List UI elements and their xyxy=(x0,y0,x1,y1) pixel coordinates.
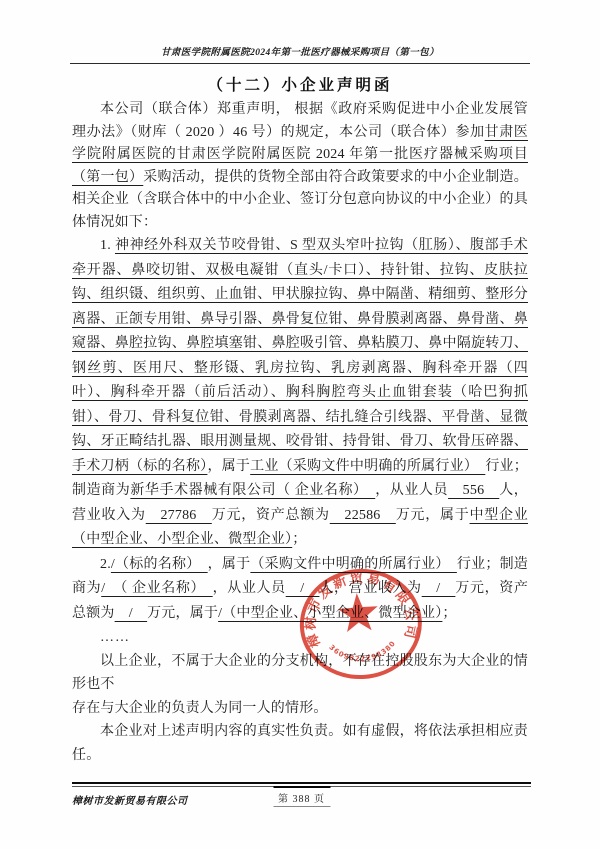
item-number: 2. xyxy=(100,557,111,572)
ellipsis-line: …… xyxy=(72,626,528,650)
footer-row: 樟树市发新贸易有限公司 第 388 页 xyxy=(72,787,531,811)
page-title: （十二）小企业声明函 xyxy=(0,73,600,95)
text-segment: ，属于 xyxy=(208,557,251,572)
revenue-underlined: 27786 xyxy=(146,508,212,523)
branch-clause-line-2: 存在与大企业的负责人为同一人的情形。 xyxy=(72,697,528,721)
text-segment: 万元，属于 xyxy=(147,606,218,621)
header-rule xyxy=(70,63,530,64)
document-page: 甘肃医学院附属医院2024年第一批医疗器械采购项目（第一包） （十二）小企业声明… xyxy=(0,0,600,849)
text-segment: 本公司（联合体）郑重声明， 根据《政府采购促进中小企业发展管理办法》（财库（ 2… xyxy=(72,102,528,140)
intro-paragraph: 本公司（联合体）郑重声明， 根据《政府采购促进中小企业发展管理办法》（财库（ 2… xyxy=(72,99,528,234)
text-segment: 万元，属于 xyxy=(396,508,470,523)
page-number: 第 388 页 xyxy=(273,786,330,807)
running-header-title: 甘肃医学院附属医院2024年第一批医疗器械采购项目（第一包） xyxy=(0,0,600,58)
item-2-paragraph: 2./（标的名称） ，属于（采购文件中明确的所属行业） 行业；制造商为/ （ 企… xyxy=(72,553,528,627)
text-segment: ； xyxy=(442,606,456,621)
text-segment: ，从业人员 xyxy=(375,483,448,498)
text-segment: ，从业人员 xyxy=(213,581,286,596)
responsibility-clause: 本企业对上述声明内容的真实性负责。如有虚假，将依法承担相应责任。 xyxy=(72,720,528,767)
branch-clause-line-1: 以上企业，不属于大企业的分支机构，不存在控股股东为大企业的情形也不 xyxy=(72,650,528,697)
enterprise-type-blank-underlined: /（中型企业、小型企业、微型企业） xyxy=(218,606,442,621)
page-footer: 樟树市发新贸易有限公司 第 388 页 xyxy=(72,782,531,811)
footer-company-name: 樟树市发新贸易有限公司 xyxy=(72,792,188,807)
text-segment: 万元，资产总额为 xyxy=(212,508,330,523)
item-1-paragraph: 1. 神神经外科双关节咬骨钳、S 型双头窄叶拉钩（肛肠）、腹部手术牵开器、鼻咬切… xyxy=(72,234,528,553)
document-body: 本公司（联合体）郑重声明， 根据《政府采购促进中小企业发展管理办法》（财库（ 2… xyxy=(72,99,528,767)
manufacturer-blank-underlined: / （ 企业名称） xyxy=(101,581,212,596)
employees-underlined: 556 xyxy=(448,483,499,498)
industry-underlined: 工业（采购文件中明确的所属行业） xyxy=(250,459,485,474)
assets-underlined: 22586 xyxy=(330,508,396,523)
text-segment: ； xyxy=(292,532,306,547)
revenue-blank-underlined: / xyxy=(422,581,456,596)
manufacturer-underlined: 新华手术器械有限公司（ 企业名称） xyxy=(130,483,375,498)
item-number: 1. xyxy=(100,238,115,253)
goods-list-underlined: 神神经外科双关节咬骨钳、S 型双头窄叶拉钩（肛肠）、腹部手术牵开器、鼻咬切钳、双… xyxy=(72,238,528,474)
employees-blank-underlined: / xyxy=(286,581,320,596)
assets-blank-underlined: / xyxy=(115,606,148,621)
text-segment: 人，营业收入为 xyxy=(319,581,421,596)
text-segment: ，属于 xyxy=(207,459,250,474)
industry-blank-underlined: （采购文件中明确的所属行业） xyxy=(250,557,457,572)
target-blank-underlined: /（标的名称） xyxy=(111,557,208,572)
